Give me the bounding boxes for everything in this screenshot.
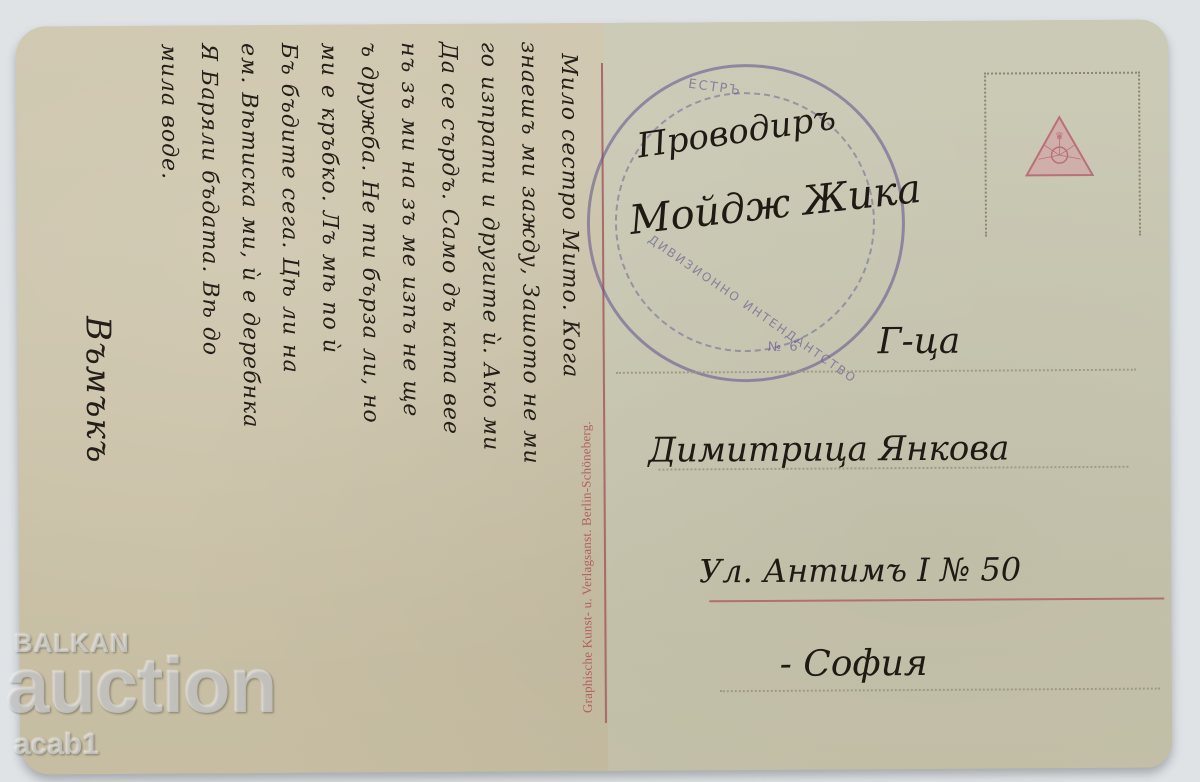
message-line: Я Баряли бъдата. Вѣ до [196, 43, 223, 356]
message-line: го изпрати и другите ѝ. Ако ми [476, 42, 504, 452]
svg-text:♛: ♛ [1055, 131, 1064, 142]
sun-crown-icon: ♛ [1024, 115, 1094, 177]
message-line: ми е кръбко. Лъ мѣ по ѝ [316, 43, 343, 354]
recipient-street: Ул. Антимъ I № 50 [699, 550, 1021, 590]
recipient-name: Димитрица Янкова [648, 428, 1009, 470]
message-line: знаешъ ми зажду, Зашото не ми [516, 41, 544, 464]
postmark-number: № 6 [768, 340, 800, 355]
message-line: ъ дружба. Не ти бърза ли, но [356, 42, 383, 424]
message-line: Да се сърдъ. Само дъ ката вее [436, 42, 463, 435]
recipient-city: - София [780, 643, 928, 685]
message-line: Мило сестро Мито. Кога [556, 53, 583, 378]
message-line: мила воде. [156, 44, 182, 181]
message-signature: Въмъкъ [77, 316, 118, 464]
watermark-user: acab1 [14, 728, 99, 762]
publisher-imprint: Graphische Kunst- u. Verlagsanst. Berlin… [578, 421, 596, 713]
watermark-auction: auction [6, 640, 276, 731]
message-line: Бъ бъдите сега. Цѣ ли на [276, 43, 303, 374]
address-salutation: Г-ца [878, 321, 961, 363]
message-line: нъ зъ ми на зъ ме изпъ не ще [396, 42, 423, 417]
message-line: ем. Вѣтиска ми, ѝ е деребнка [236, 43, 263, 428]
